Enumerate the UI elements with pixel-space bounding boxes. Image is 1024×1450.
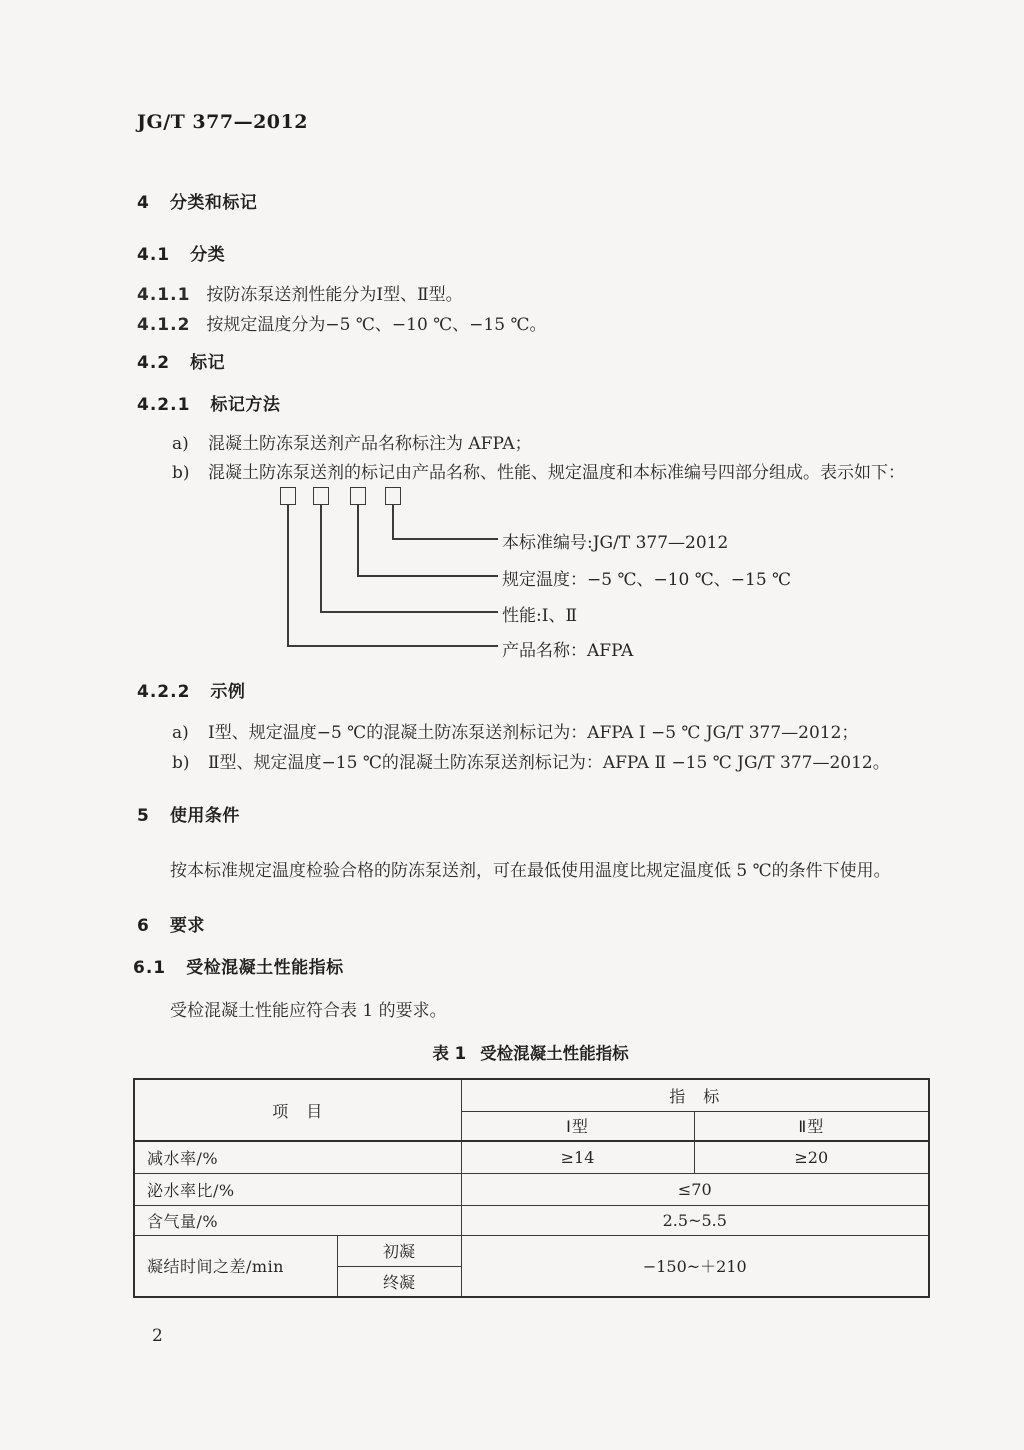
- table-row: 减水率/% ≥14 ≥20: [134, 1141, 929, 1173]
- table-1: 项 目 指 标 Ⅰ型 Ⅱ型 减水率/% ≥14 ≥20 泌水率比/% ≤70 含…: [133, 1078, 930, 1298]
- section-title: 分类: [190, 245, 225, 265]
- clause-4-1-1: 4.1.1按防冻泵送剂性能分为Ⅰ型、Ⅱ型。: [137, 284, 463, 306]
- diagram-box-2: [313, 487, 329, 505]
- item-marker: a): [172, 433, 192, 455]
- diagram-line: [392, 538, 498, 540]
- item-marker: b): [172, 462, 192, 484]
- row-label-water-reduction: 减水率/%: [134, 1141, 461, 1173]
- value-water-reduction-type2: ≥20: [694, 1141, 929, 1173]
- diagram-label-product-name: 产品名称：AFPA: [502, 636, 633, 661]
- item-marker: a): [172, 722, 192, 744]
- section-title: 受检混凝土性能指标: [186, 958, 344, 978]
- value-water-reduction-type1: ≥14: [461, 1141, 694, 1173]
- diagram-label-specified-temperature: 规定温度：−5 ℃、−10 ℃、−15 ℃: [502, 565, 791, 590]
- table-row: 含气量/% 2.5~5.5: [134, 1205, 929, 1235]
- item-marker: b): [172, 752, 192, 774]
- section-number: 6: [137, 916, 150, 936]
- section-4-2-1-heading: 4.2.1标记方法: [137, 394, 280, 416]
- diagram-line: [287, 504, 289, 646]
- section-5-heading: 5使用条件: [137, 805, 240, 827]
- col-header-item: 项 目: [134, 1079, 461, 1141]
- sub-label-initial-setting: 初凝: [337, 1235, 461, 1266]
- example-item-b: b)Ⅱ型、规定温度−15 ℃的混凝土防冻泵送剂标记为：AFPA Ⅱ −15 ℃ …: [172, 752, 890, 774]
- page-number: 2: [152, 1326, 163, 1346]
- clause-number: 4.1.1: [137, 285, 190, 305]
- list-item-b: b)混凝土防冻泵送剂的标记由产品名称、性能、规定温度和本标准编号四部分组成。表示…: [172, 462, 905, 484]
- diagram-line: [357, 575, 498, 577]
- section-title: 使用条件: [170, 806, 240, 826]
- section-title: 示例: [210, 682, 245, 702]
- diagram-line: [320, 504, 322, 612]
- section-title: 分类和标记: [170, 193, 258, 213]
- section-number: 4.2.1: [137, 395, 190, 415]
- section-number: 4.2: [137, 353, 170, 373]
- diagram-line: [320, 611, 498, 613]
- item-text: Ⅰ型、规定温度−5 ℃的混凝土防冻泵送剂标记为：AFPA Ⅰ −5 ℃ JG/T…: [208, 723, 858, 743]
- section-6-heading: 6要求: [137, 915, 205, 937]
- diagram-label-standard-number: 本标准编号:JG/T 377—2012: [502, 528, 728, 553]
- section-title: 标记方法: [210, 395, 280, 415]
- clause-number: 4.1.2: [137, 315, 190, 335]
- section-4-2-heading: 4.2标记: [137, 352, 225, 374]
- diagram-label-performance: 性能:Ⅰ、Ⅱ: [502, 601, 577, 626]
- diagram-line: [392, 504, 394, 539]
- section-4-1-heading: 4.1分类: [137, 244, 225, 266]
- row-label-bleeding: 泌水率比/%: [134, 1173, 461, 1205]
- col-header-type2: Ⅱ型: [694, 1111, 929, 1141]
- table-row: 凝结时间之差/min 初凝 −150~＋210: [134, 1235, 929, 1266]
- diagram-line: [287, 645, 498, 647]
- value-air-content: 2.5~5.5: [461, 1205, 929, 1235]
- item-text: 混凝土防冻泵送剂的标记由产品名称、性能、规定温度和本标准编号四部分组成。表示如下…: [208, 463, 905, 483]
- clause-text: 按规定温度分为−5 ℃、−10 ℃、−15 ℃。: [206, 315, 546, 335]
- section-title: 要求: [170, 916, 205, 936]
- document-page: JG/T 377—2012 4分类和标记 4.1分类 4.1.1按防冻泵送剂性能…: [0, 0, 1024, 1450]
- table-caption-prefix: 表 1: [432, 1044, 466, 1063]
- value-setting-time: −150~＋210: [461, 1235, 929, 1297]
- section-number: 4.2.2: [137, 682, 190, 702]
- section-4-2-2-heading: 4.2.2示例: [137, 681, 245, 703]
- section-number: 6.1: [133, 958, 166, 978]
- clause-4-1-2: 4.1.2按规定温度分为−5 ℃、−10 ℃、−15 ℃。: [137, 314, 546, 336]
- col-header-indicator: 指 标: [461, 1079, 929, 1111]
- diagram-box-3: [350, 487, 366, 505]
- section-number: 4: [137, 193, 150, 213]
- item-text: 混凝土防冻泵送剂产品名称标注为 AFPA；: [208, 434, 532, 454]
- section-number: 4.1: [137, 245, 170, 265]
- section-4-heading: 4分类和标记: [137, 192, 257, 214]
- row-label-setting-time: 凝结时间之差/min: [134, 1235, 337, 1297]
- table-caption-title: 受检混凝土性能指标: [480, 1044, 629, 1063]
- list-item-a: a)混凝土防冻泵送剂产品名称标注为 AFPA；: [172, 433, 532, 455]
- example-item-a: a)Ⅰ型、规定温度−5 ℃的混凝土防冻泵送剂标记为：AFPA Ⅰ −5 ℃ JG…: [172, 722, 858, 744]
- diagram-box-4: [385, 487, 401, 505]
- diagram-box-1: [280, 487, 296, 505]
- section-5-paragraph: 按本标准规定温度检验合格的防冻泵送剂，可在最低使用温度比规定温度低 5 ℃的条件…: [170, 860, 891, 882]
- section-title: 标记: [190, 353, 225, 373]
- table-row: 泌水率比/% ≤70: [134, 1173, 929, 1205]
- table-row: 项 目 指 标: [134, 1079, 929, 1111]
- doc-code-header: JG/T 377—2012: [137, 111, 308, 133]
- value-bleeding: ≤70: [461, 1173, 929, 1205]
- item-text: Ⅱ型、规定温度−15 ℃的混凝土防冻泵送剂标记为：AFPA Ⅱ −15 ℃ JG…: [208, 753, 890, 773]
- row-label-air-content: 含气量/%: [134, 1205, 461, 1235]
- table-1-caption: 表 1受检混凝土性能指标: [133, 1040, 928, 1064]
- clause-text: 按防冻泵送剂性能分为Ⅰ型、Ⅱ型。: [206, 285, 462, 305]
- section-6-1-paragraph: 受检混凝土性能应符合表 1 的要求。: [170, 1000, 447, 1022]
- col-header-type1: Ⅰ型: [461, 1111, 694, 1141]
- section-number: 5: [137, 806, 150, 826]
- diagram-line: [357, 504, 359, 576]
- section-6-1-heading: 6.1受检混凝土性能指标: [133, 957, 344, 979]
- sub-label-final-setting: 终凝: [337, 1266, 461, 1297]
